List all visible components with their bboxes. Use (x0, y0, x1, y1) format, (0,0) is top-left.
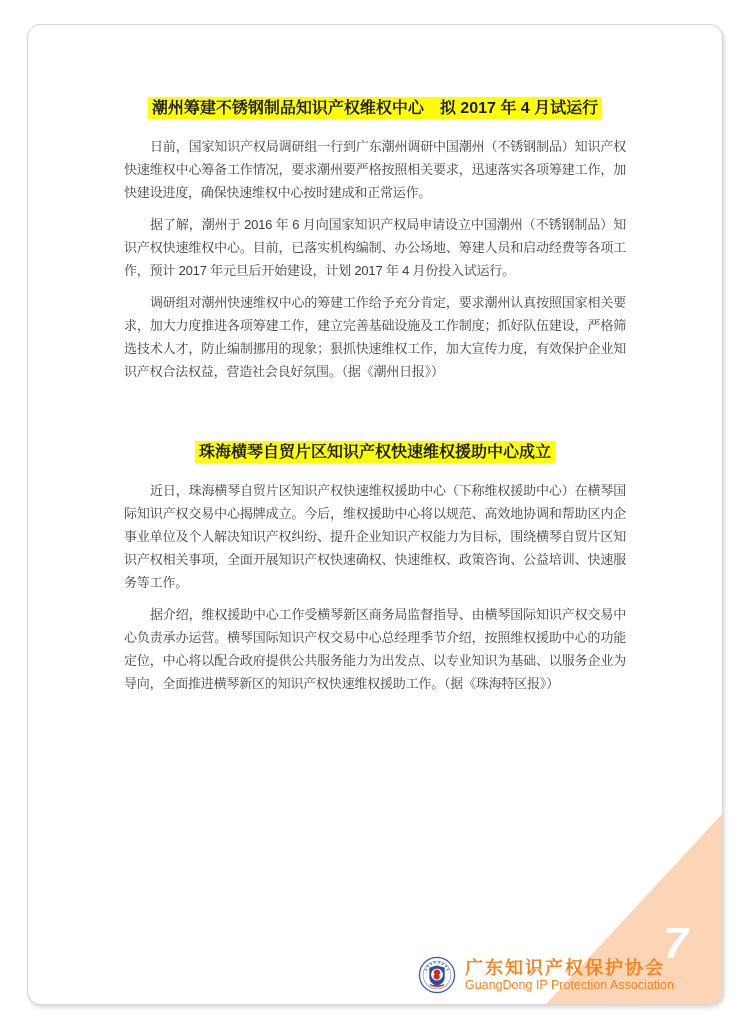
article-chaozhou: 潮州筹建不锈钢制品知识产权维权中心 拟 2017 年 4 月试运行 日前，国家知… (124, 97, 626, 383)
article-title: 潮州筹建不锈钢制品知识产权维权中心 拟 2017 年 4 月试运行 (124, 97, 626, 121)
page-footer: 广东知识产权保护协会 GuangDong IP Protection Assoc… (418, 956, 674, 994)
association-emblem-icon (418, 956, 456, 994)
highlighted-title-text: 珠海横琴自贸片区知识产权快速维权援助中心成立 (195, 441, 555, 463)
org-name-cn: 广东知识产权保护协会 (465, 958, 674, 978)
article-paragraph: 调研组对潮州快速维权中心的筹建工作给予充分肯定，要求潮州认真按照国家相关要求，加… (124, 291, 626, 383)
org-name-en: GuangDong IP Protection Association (465, 978, 674, 993)
article-paragraph: 日前，国家知识产权局调研组一行到广东潮州调研中国潮州（不锈钢制品）知识产权快速维… (124, 135, 626, 204)
article-paragraph: 据介绍，维权援助中心工作受横琴新区商务局监督指导、由横琴国际知识产权交易中心负责… (124, 603, 626, 695)
page-content: 潮州筹建不锈钢制品知识产权维权中心 拟 2017 年 4 月试运行 日前，国家知… (28, 25, 722, 695)
article-title: 珠海横琴自贸片区知识产权快速维权援助中心成立 (124, 441, 626, 465)
article-paragraph: 近日，珠海横琴自贸片区知识产权快速维权援助中心（下称维权援助中心）在横琴国际知识… (124, 479, 626, 594)
article-zhuhai-hengqin: 珠海横琴自贸片区知识产权快速维权援助中心成立 近日，珠海横琴自贸片区知识产权快速… (124, 441, 626, 695)
article-paragraph: 据了解，潮州于 2016 年 6 月向国家知识产权局申请设立中国潮州（不锈钢制品… (124, 213, 626, 282)
newsletter-page: 7 潮州筹建不锈钢制品知识产权维权中心 拟 2017 年 4 月试运行 日前，国… (27, 24, 723, 1005)
document-canvas: 7 潮州筹建不锈钢制品知识产权维权中心 拟 2017 年 4 月试运行 日前，国… (0, 0, 750, 1036)
highlighted-title-text: 潮州筹建不锈钢制品知识产权维权中心 拟 2017 年 4 月试运行 (148, 97, 602, 119)
org-name-block: 广东知识产权保护协会 GuangDong IP Protection Assoc… (465, 958, 674, 993)
